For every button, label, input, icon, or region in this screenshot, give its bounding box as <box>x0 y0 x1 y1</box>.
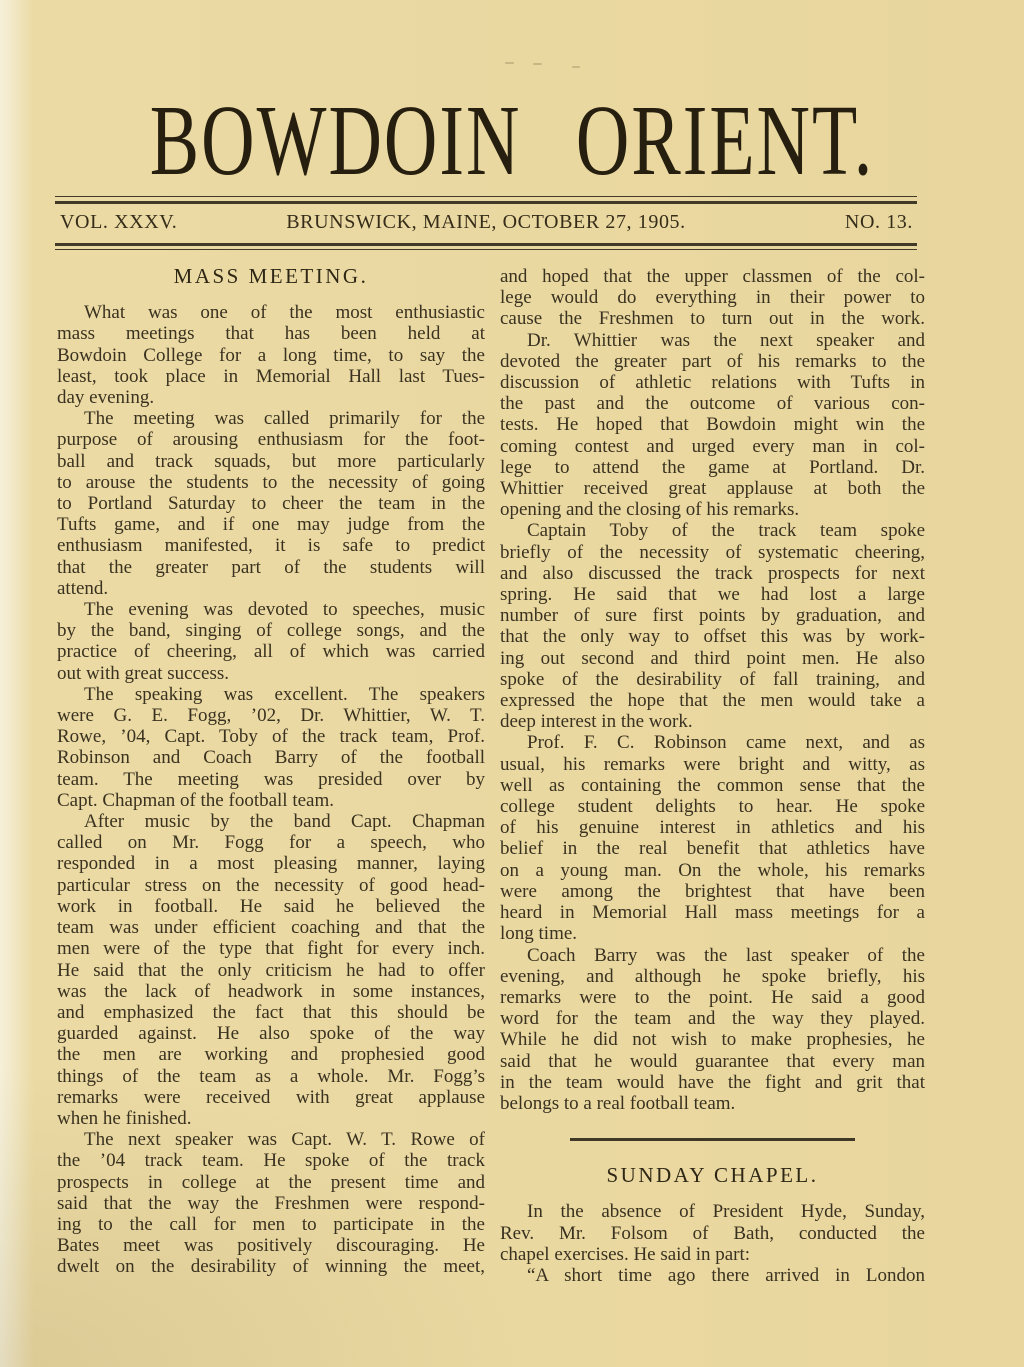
text-line: deep interest in the work. <box>500 711 925 732</box>
text-line: said that he would guarantee that every … <box>500 1051 925 1072</box>
text-line: He said that the only criticism he had t… <box>57 960 485 981</box>
text-line: The next speaker was Capt. W. T. Rowe of <box>57 1129 485 1150</box>
text-line: expressed the hope that the men would ta… <box>500 690 925 711</box>
text-line: Dr. Whittier was the next speaker and <box>500 330 925 351</box>
text-line: enthusiasm manifested, it is safe to pre… <box>57 535 485 556</box>
text-line: In the absence of President Hyde, Sunday… <box>500 1201 925 1222</box>
text-line: long time. <box>500 923 925 944</box>
text-line: college student delights to hear. He spo… <box>500 796 925 817</box>
text-line: Captain Toby of the track team spoke <box>500 520 925 541</box>
text-line: remarks were received with great applaus… <box>57 1087 485 1108</box>
text-line: men were of the type that fight for ever… <box>57 938 485 959</box>
paragraph: The next speaker was Capt. W. T. Rowe of… <box>57 1129 485 1277</box>
text-line: guarded against. He also spoke of the wa… <box>57 1023 485 1044</box>
paragraph: and hoped that the upper classmen of the… <box>500 266 925 330</box>
text-line: The speaking was excellent. The speakers <box>57 684 485 705</box>
text-line: team was under efficient coaching and th… <box>57 917 485 938</box>
text-line: ball and track squads, but more particul… <box>57 451 485 472</box>
paragraph: The evening was devoted to speeches, mus… <box>57 599 485 684</box>
text-line: “A short time ago there arrived in Londo… <box>500 1265 925 1286</box>
text-line: number of sure first points by graduatio… <box>500 605 925 626</box>
text-line: the past and the outcome of various con- <box>500 393 925 414</box>
text-line: tests. He hoped that Bowdoin might win t… <box>500 414 925 435</box>
text-line: prospects in college at the present time… <box>57 1172 485 1193</box>
text-line: and emphasized the fact that this should… <box>57 1002 485 1023</box>
text-line: cause the Freshmen to turn out in the wo… <box>500 308 925 329</box>
volume-label: VOL. XXXV. <box>60 211 177 234</box>
text-line: that the only way to offset this was by … <box>500 626 925 647</box>
text-line: Coach Barry was the last speaker of the <box>500 945 925 966</box>
text-line: usual, his remarks were bright and witty… <box>500 754 925 775</box>
paragraph: After music by the band Capt. Chapmancal… <box>57 811 485 1129</box>
text-line: attend. <box>57 578 485 599</box>
newspaper-page: BOWDOIN ORIENT. VOL. XXXV. BRUNSWICK, MA… <box>0 0 1024 1367</box>
paragraph: Coach Barry was the last speaker of thee… <box>500 945 925 1115</box>
dateline: VOL. XXXV. BRUNSWICK, MAINE, OCTOBER 27,… <box>55 211 917 239</box>
text-line: coming contest and urged every man in co… <box>500 436 925 457</box>
text-line: opening and the closing of his remarks. <box>500 499 925 520</box>
text-line: spring. He said that we had lost a large <box>500 584 925 605</box>
paragraph: Prof. F. C. Robinson came next, and asus… <box>500 732 925 944</box>
header-rule-thin-bottom <box>55 249 917 250</box>
text-line: Bowdoin College for a long time, to say … <box>57 345 485 366</box>
text-line: The evening was devoted to speeches, mus… <box>57 599 485 620</box>
text-line: ing to the call for men to participate i… <box>57 1214 485 1235</box>
text-line: chapel exercises. He said in part: <box>500 1244 925 1265</box>
text-line: on a young man. On the whole, his remark… <box>500 860 925 881</box>
text-line: What was one of the most enthusiastic <box>57 302 485 323</box>
text-line: called on Mr. Fogg for a speech, who <box>57 832 485 853</box>
text-line: day evening. <box>57 387 485 408</box>
text-line: The meeting was called primarily for the <box>57 408 485 429</box>
text-line: briefly of the necessity of systematic c… <box>500 542 925 563</box>
text-line: Tufts game, and if one may judge from th… <box>57 514 485 535</box>
section-divider-rule <box>570 1138 855 1141</box>
paper-speck <box>533 63 542 65</box>
text-line: purpose of arousing enthusiasm for the f… <box>57 429 485 450</box>
text-line: Rev. Mr. Folsom of Bath, conducted the <box>500 1223 925 1244</box>
text-line: when he finished. <box>57 1108 485 1129</box>
text-line: ing out second and third point men. He a… <box>500 648 925 669</box>
header-rule-thick-bottom <box>55 243 917 246</box>
paragraph: The speaking was excellent. The speakers… <box>57 684 485 811</box>
text-line: practice of cheering, all of which was c… <box>57 641 485 662</box>
paper-speck <box>505 62 514 64</box>
text-line: things of the team as a whole. Mr. Fogg’… <box>57 1066 485 1087</box>
text-line: belief in the real benefit that athletic… <box>500 838 925 859</box>
article-heading: MASS MEETING. <box>57 266 485 287</box>
article-heading: SUNDAY CHAPEL. <box>500 1165 925 1186</box>
text-line: were G. E. Fogg, ’02, Dr. Whittier, W. T… <box>57 705 485 726</box>
text-line: to Portland Saturday to cheer the team i… <box>57 493 485 514</box>
text-line: by the band, singing of college songs, a… <box>57 620 485 641</box>
text-line: lege would do everything in their power … <box>500 287 925 308</box>
text-line: While he did not wish to make prophesies… <box>500 1029 925 1050</box>
text-line: discussion of athletic relations with Tu… <box>500 372 925 393</box>
text-line: was the lack of headwork in some instanc… <box>57 981 485 1002</box>
text-line: team. The meeting was presided over by <box>57 769 485 790</box>
text-line: belongs to a real football team. <box>500 1093 925 1114</box>
paragraph: In the absence of President Hyde, Sunday… <box>500 1201 925 1265</box>
paragraph: Captain Toby of the track team spokebrie… <box>500 520 925 732</box>
right-column: and hoped that the upper classmen of the… <box>500 266 925 1286</box>
header-rule-thick-top <box>55 201 917 204</box>
paper-speck <box>572 66 580 68</box>
text-line: and hoped that the upper classmen of the… <box>500 266 925 287</box>
masthead: BOWDOIN ORIENT. <box>0 84 1024 169</box>
text-line: responded in a most pleasing manner, lay… <box>57 853 485 874</box>
paragraph: Dr. Whittier was the next speaker anddev… <box>500 330 925 521</box>
paragraph: What was one of the most enthusiasticmas… <box>57 302 485 408</box>
issue-number-label: NO. 13. <box>845 211 913 234</box>
text-line: in the team would have the fight and gri… <box>500 1072 925 1093</box>
text-line: After music by the band Capt. Chapman <box>57 811 485 832</box>
masthead-title: BOWDOIN ORIENT. <box>150 84 874 200</box>
text-line: of his genuine interest in athletics and… <box>500 817 925 838</box>
text-line: Prof. F. C. Robinson came next, and as <box>500 732 925 753</box>
text-line: dwelt on the desirability of winning the… <box>57 1256 485 1277</box>
text-line: heard in Memorial Hall mass meetings for… <box>500 902 925 923</box>
paragraph: “A short time ago there arrived in Londo… <box>500 1265 925 1286</box>
header-rule-thin-top <box>55 196 917 197</box>
text-line: particular stress on the necessity of go… <box>57 875 485 896</box>
text-line: mass meetings that has been held at <box>57 323 485 344</box>
text-line: least, took place in Memorial Hall last … <box>57 366 485 387</box>
text-line: said that the way the Freshmen were resp… <box>57 1193 485 1214</box>
paragraph: The meeting was called primarily for the… <box>57 408 485 599</box>
text-line: the ’04 track team. He spoke of the trac… <box>57 1150 485 1171</box>
text-line: Capt. Chapman of the football team. <box>57 790 485 811</box>
text-line: out with great success. <box>57 663 485 684</box>
text-line: lege to attend the game at Portland. Dr. <box>500 457 925 478</box>
text-line: that the greater part of the students wi… <box>57 557 485 578</box>
text-line: well as containing the common sense that… <box>500 775 925 796</box>
text-line: Whittier received great applause at both… <box>500 478 925 499</box>
text-line: evening, and although he spoke briefly, … <box>500 966 925 987</box>
text-line: spoke of the desirability of fall traini… <box>500 669 925 690</box>
left-column: MASS MEETING.What was one of the most en… <box>57 266 485 1278</box>
text-line: devoted the greater part of his remarks … <box>500 351 925 372</box>
text-line: work in football. He said he believed th… <box>57 896 485 917</box>
text-line: Bates meet was positively discouraging. … <box>57 1235 485 1256</box>
text-line: Robinson and Coach Barry of the football <box>57 747 485 768</box>
text-line: and also discussed the track prospects f… <box>500 563 925 584</box>
text-line: were among the brightest that have been <box>500 881 925 902</box>
text-line: to arouse the students to the necessity … <box>57 472 485 493</box>
text-line: remarks were to the point. He said a goo… <box>500 987 925 1008</box>
text-line: the men are working and prophesied good <box>57 1044 485 1065</box>
text-line: word for the team and the way they playe… <box>500 1008 925 1029</box>
text-line: Rowe, ’04, Capt. Toby of the track team,… <box>57 726 485 747</box>
place-date-label: BRUNSWICK, MAINE, OCTOBER 27, 1905. <box>286 211 686 234</box>
